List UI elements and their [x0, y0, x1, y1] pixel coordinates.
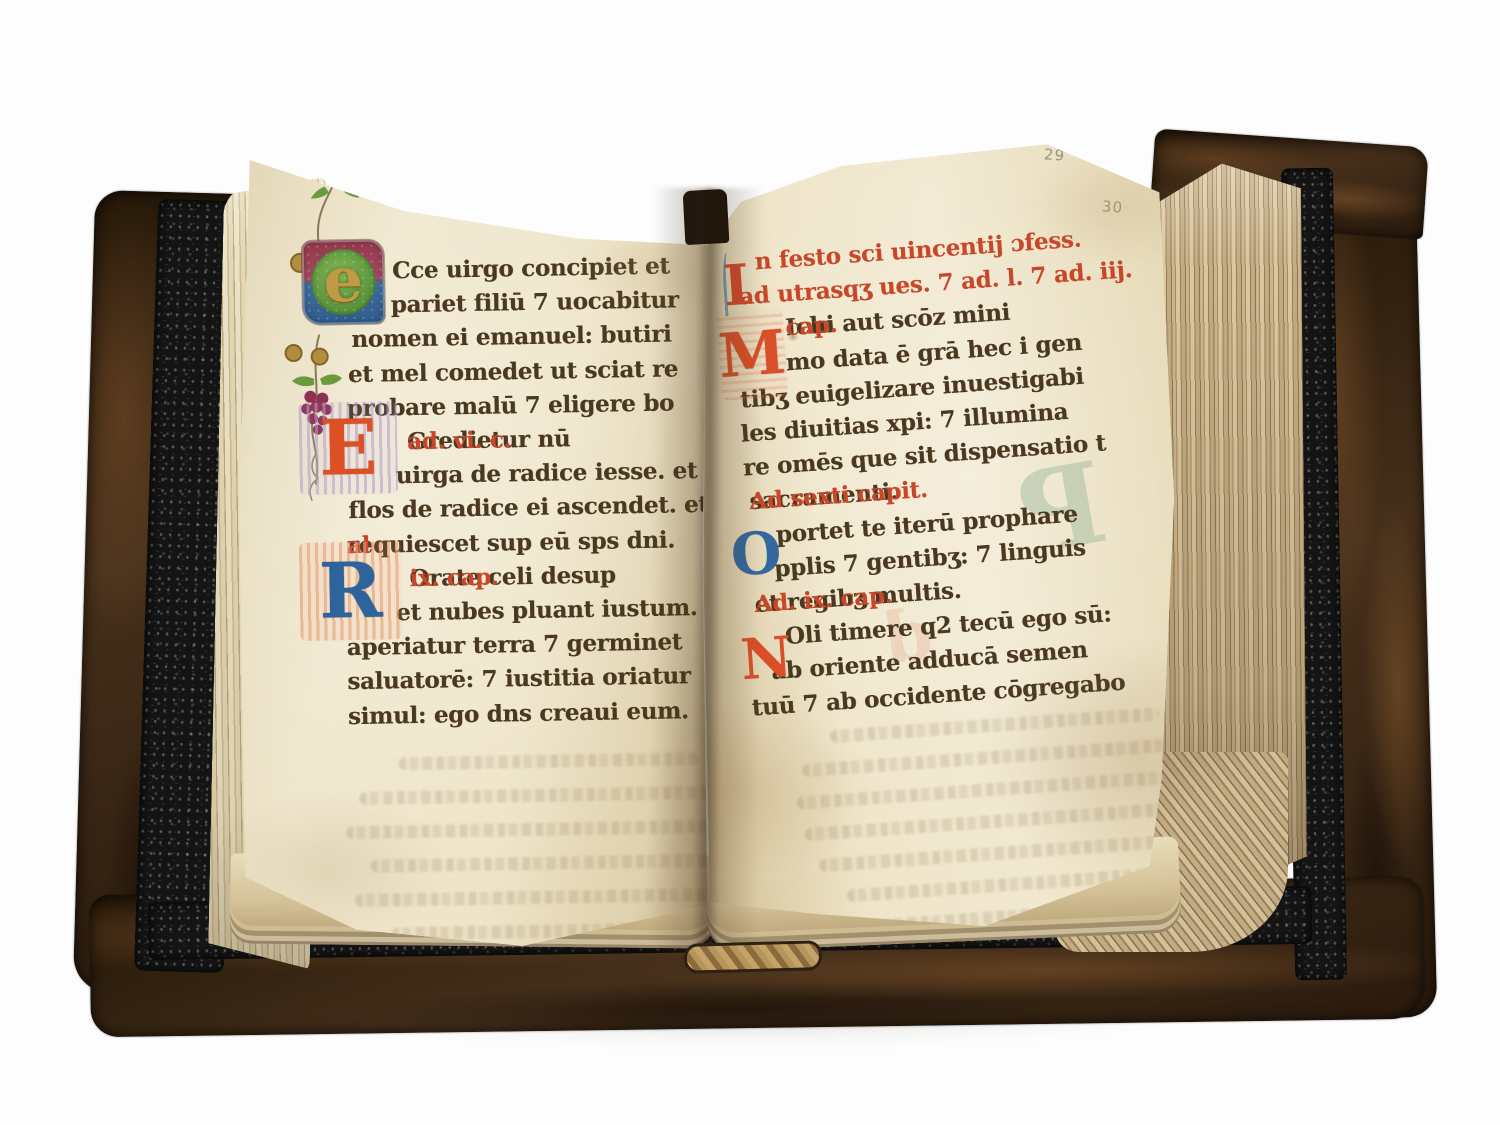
initial-letter: e	[302, 236, 385, 321]
initial-letter: R	[318, 553, 382, 630]
body-text: simul: ego dns creaui eum.	[348, 697, 689, 730]
rubric-text: ix. cap.	[409, 563, 499, 592]
rubric-text: Ad sexti capit.	[749, 476, 929, 515]
left-page: e E R Cce uirgo concipiet etpariet filiū…	[238, 148, 712, 958]
show-through-text	[804, 802, 1184, 841]
show-through-text	[802, 738, 1182, 777]
initial-letter: N	[739, 629, 794, 688]
penwork-initial-m: M	[716, 309, 788, 401]
show-through-text	[399, 752, 699, 770]
left-page-text-block: e E R Cce uirgo concipiet etpariet filiū…	[238, 140, 726, 958]
penwork-initial-o: O	[730, 513, 781, 594]
body-text: pariet filiū 7 uocabitur	[391, 287, 679, 319]
body-text: et nubes pluant iustum.	[396, 594, 698, 626]
show-through-text	[819, 835, 1169, 872]
rubric-text: ad. vi. c.	[407, 426, 512, 455]
initial-letter: I	[721, 257, 751, 315]
right-page: 29 30 I M O N P d n festo sci uincentij …	[698, 138, 1176, 938]
show-through-text	[796, 770, 1186, 810]
body-text: Cce uirgo concipiet et	[392, 252, 670, 284]
initial-letter: M	[717, 322, 787, 386]
right-page-text-block: I M O N P d n festo sci uincentij ɔfess.…	[698, 105, 1231, 936]
penwork-initial-n: N	[740, 617, 793, 700]
penwork-initial-e: E	[298, 401, 398, 495]
show-through-text	[830, 707, 1160, 743]
spine-top-sliver	[683, 189, 730, 245]
body-text: flos de radice ei ascendet. et	[348, 491, 709, 524]
body-text: uirga de radice iesse. et	[396, 457, 698, 489]
endband	[684, 940, 823, 974]
initial-letter: E	[319, 410, 378, 487]
body-text: saluatorē: 7 iustitia oriatur	[347, 663, 691, 696]
rubric-text: cap.	[785, 311, 839, 342]
body-text: nomen ei emanuel: butiri	[351, 321, 672, 354]
initial-letter: O	[729, 523, 783, 584]
illuminated-initial-e: e	[302, 239, 385, 324]
body-text: et mel comedet ut sciat re	[348, 355, 679, 388]
photo-stage: e E R Cce uirgo concipiet etpariet filiū…	[0, 0, 1500, 1125]
penwork-initial-r: R	[299, 541, 403, 641]
